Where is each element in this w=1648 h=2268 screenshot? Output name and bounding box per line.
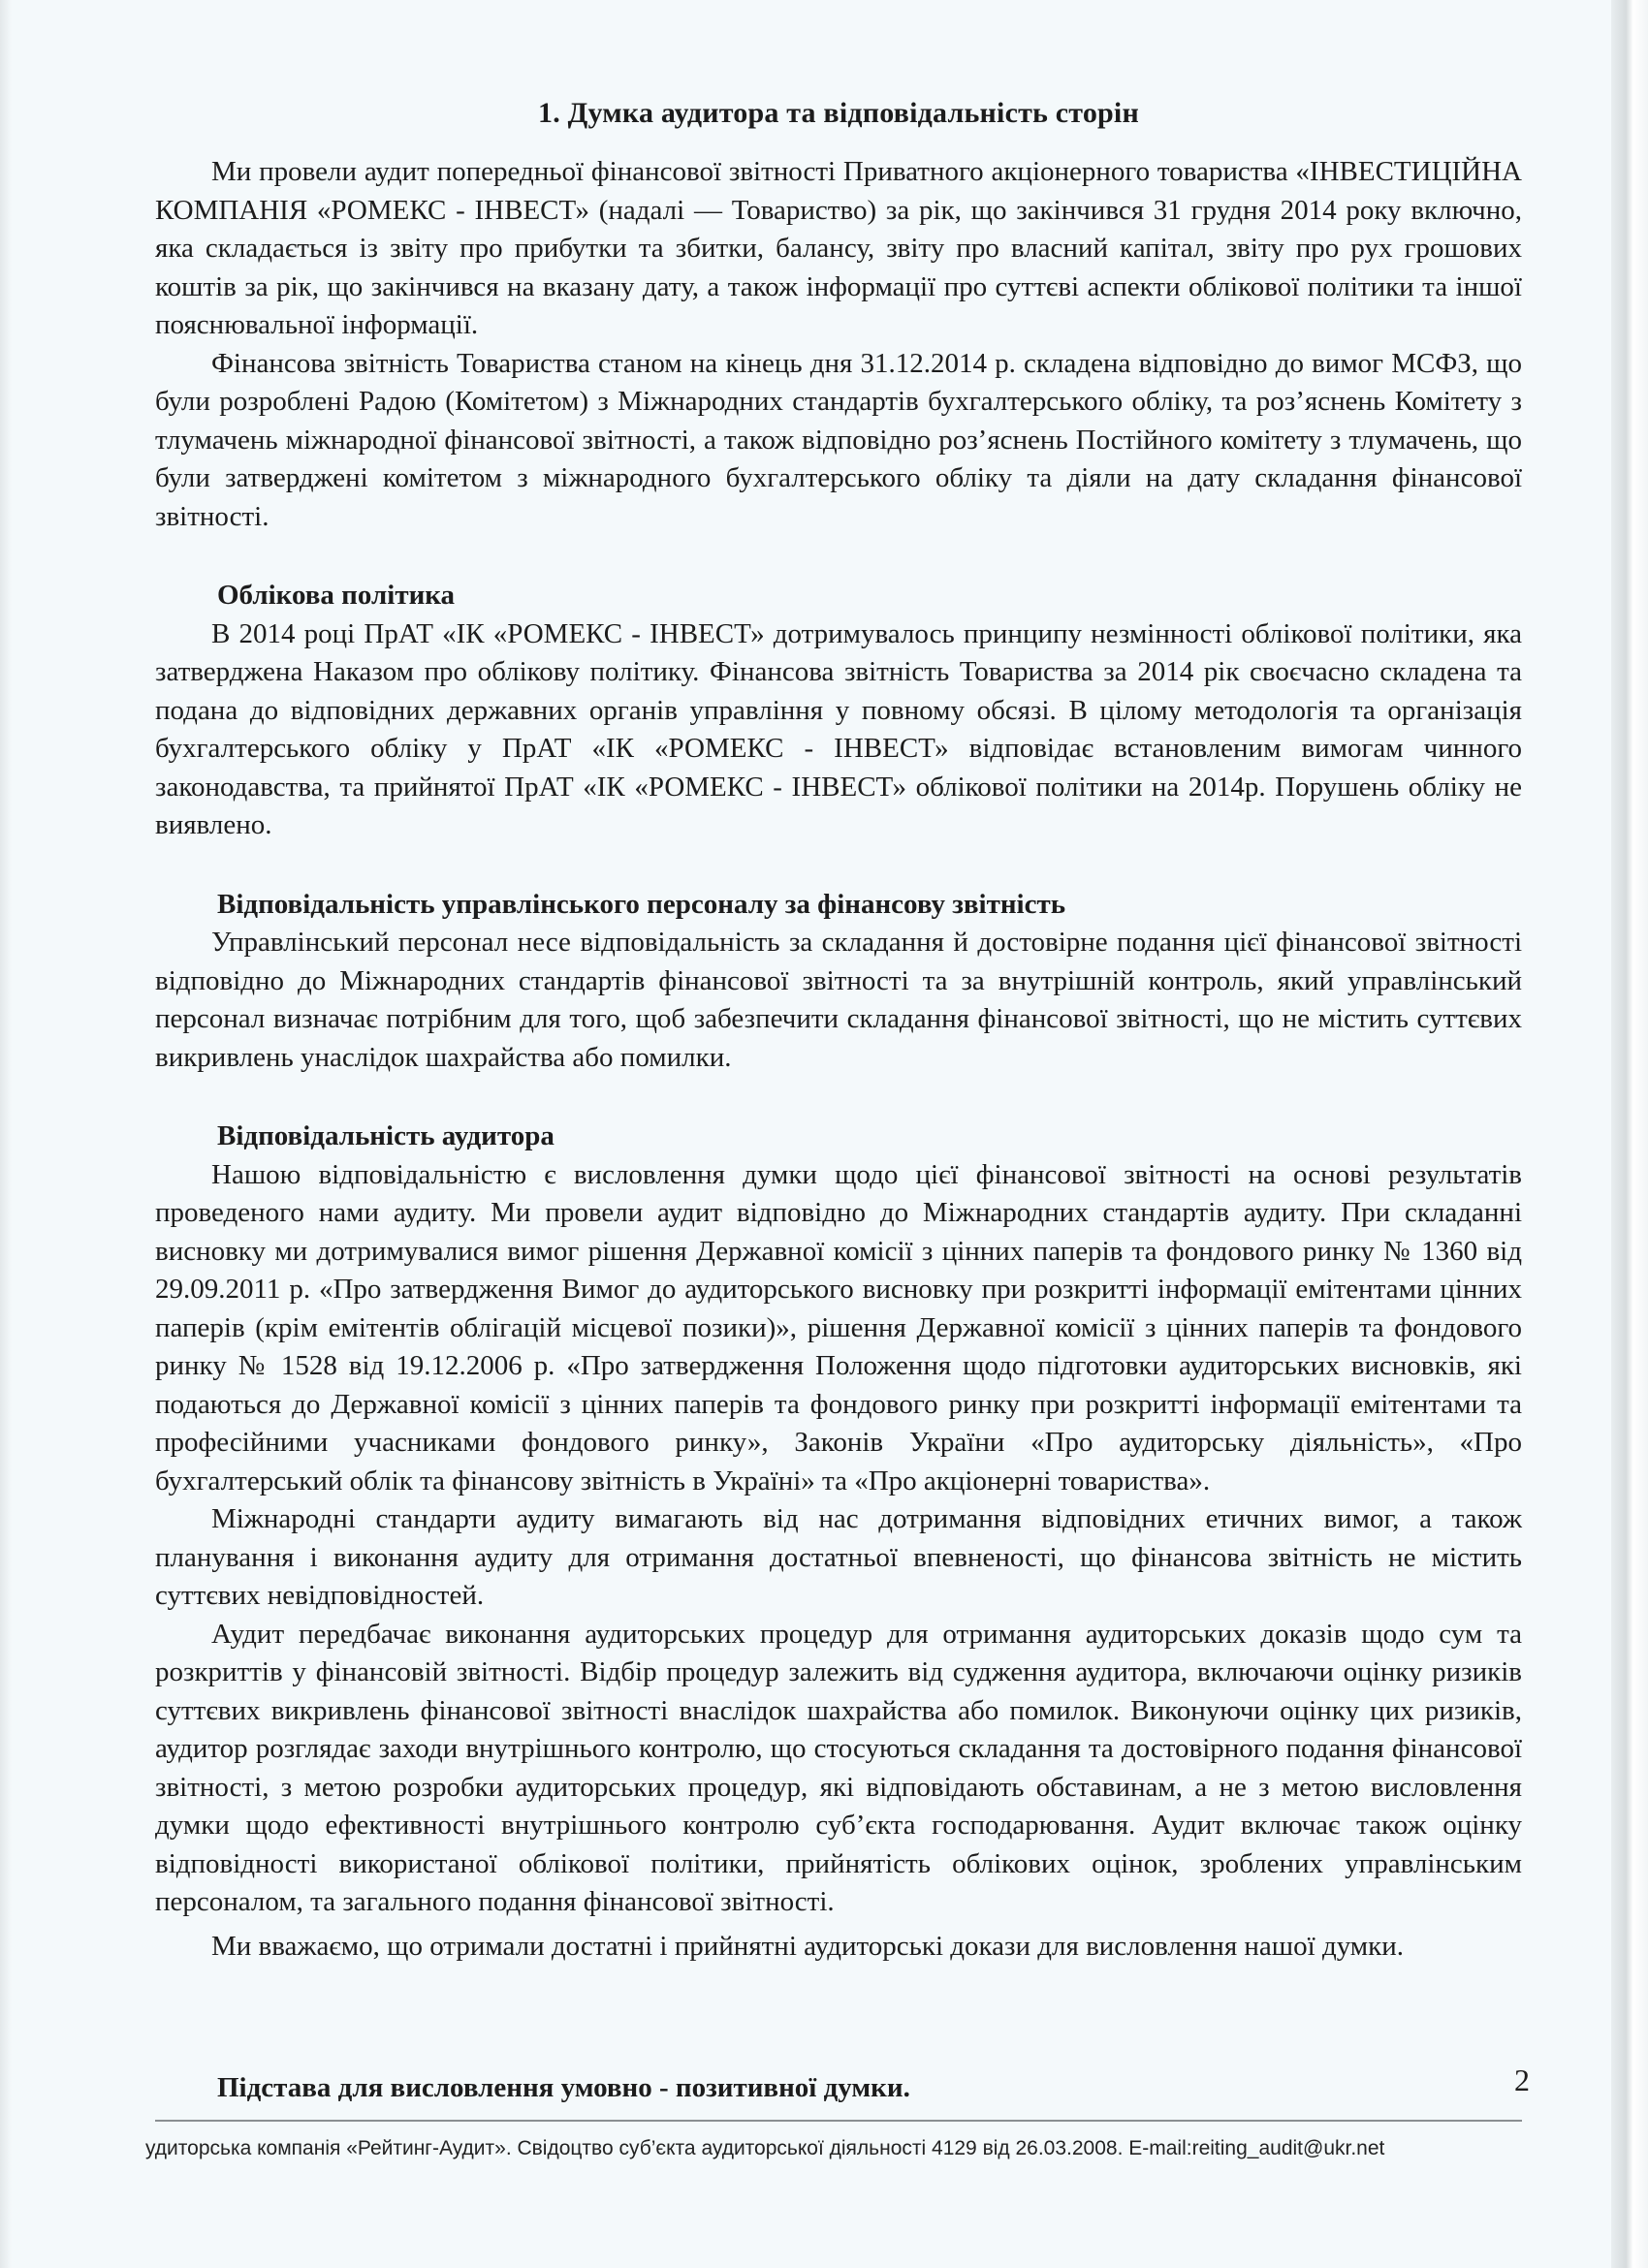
accounting-policy-text: В 2014 році ПрАТ «ІК «РОМЕКС - ІНВЕСТ» д… bbox=[155, 615, 1522, 845]
basis-for-qualified-opinion-heading: Підстава для висловлення умовно - позити… bbox=[217, 2072, 910, 2104]
auditor-responsibility-paragraph-1: Нашою відповідальністю є висловлення дум… bbox=[155, 1156, 1522, 1501]
footer-company-info: удиторська компанія «Рейтинг-Аудит». Сві… bbox=[145, 2137, 1384, 2160]
page-number: 2 bbox=[1514, 2063, 1530, 2098]
management-responsibility-text: Управлінський персонал несе відповідальн… bbox=[155, 924, 1522, 1077]
auditor-responsibility-paragraph-2: Міжнародні стандарти аудиту вимагають ві… bbox=[155, 1500, 1522, 1616]
section-title: 1. Думка аудитора та відповідальність ст… bbox=[155, 97, 1522, 130]
footer-divider bbox=[155, 2120, 1522, 2122]
accounting-policy-heading: Облікова політика bbox=[155, 577, 1522, 615]
scan-right-edge bbox=[1611, 0, 1648, 2268]
auditor-responsibility-paragraph-4: Ми вважаємо, що отримали достатні і прий… bbox=[155, 1922, 1522, 1970]
auditor-responsibility-heading: Відповідальність аудитора bbox=[155, 1118, 1522, 1156]
scan-left-edge bbox=[0, 0, 12, 2268]
intro-paragraph-1: Ми провели аудит попередньої фінансової … bbox=[155, 153, 1522, 345]
document-body: 1. Думка аудитора та відповідальність ст… bbox=[155, 97, 1522, 1970]
intro-paragraph-2: Фінансова звітність Товариства станом на… bbox=[155, 345, 1522, 537]
management-responsibility-heading: Відповідальність управлінського персонал… bbox=[155, 886, 1522, 925]
auditor-responsibility-paragraph-3: Аудит передбачає виконання аудиторських … bbox=[155, 1616, 1522, 1922]
